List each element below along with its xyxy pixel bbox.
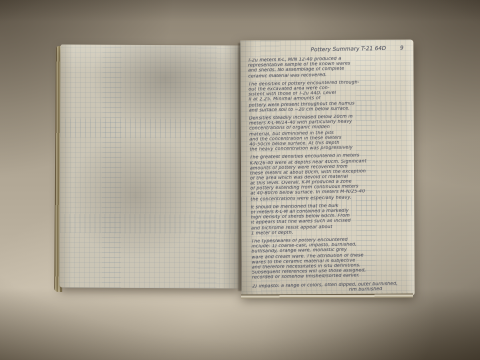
handwriting-paragraph: 2) impasto: a range of colors, often dip…: [252, 281, 410, 294]
page-number: 9: [400, 47, 404, 52]
right-page: Pottery Summary T-21 64D 9 T-2u meters K…: [240, 40, 414, 297]
photo-scene: Pottery Summary T-21 64D 9 T-2u meters K…: [0, 0, 480, 360]
left-page-shading: [59, 45, 240, 289]
left-page: [59, 45, 240, 289]
handwriting-paragraph: The greatest densities encountered in me…: [250, 153, 409, 202]
handwriting-paragraph: The types/wares of pottery encounteredin…: [251, 237, 410, 281]
notebook: Pottery Summary T-21 64D 9 T-2u meters K…: [55, 38, 415, 296]
handwriting-paragraph: T-2u meters K-L, M/N 12-40 produced arep…: [248, 56, 406, 80]
page-title: Pottery Summary T-21 64D: [311, 47, 387, 54]
handwriting-paragraphs: T-2u meters K-L, M/N 12-40 produced arep…: [248, 56, 410, 295]
handwriting-paragraph: The densities of pottery encountered thr…: [248, 79, 407, 113]
handwriting-paragraph: It should be mentioned that the bulkof m…: [251, 202, 410, 236]
handwriting-paragraph: Densities steadily increased below 20cm …: [249, 114, 408, 153]
handwritten-text: Pottery Summary T-21 64D 9 T-2u meters K…: [248, 46, 411, 296]
